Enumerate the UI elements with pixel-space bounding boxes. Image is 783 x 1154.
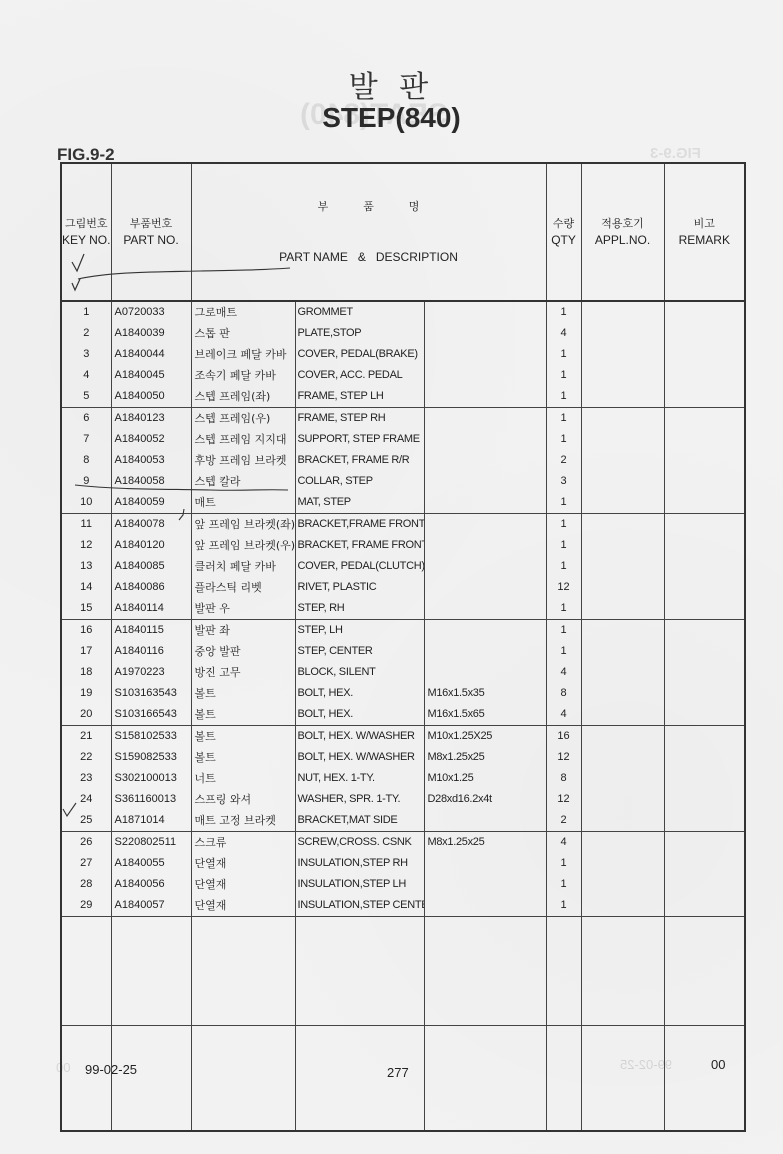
appl-no-cell	[581, 471, 664, 492]
key-no-cell: 17	[61, 641, 111, 662]
part-no-cell: S361160013	[111, 789, 191, 810]
appl-no-cell	[581, 514, 664, 536]
key-no-cell: 1	[61, 301, 111, 323]
remark-cell	[664, 620, 745, 642]
key-no-cell: 15	[61, 598, 111, 620]
part-no-cell: S302100013	[111, 768, 191, 789]
part-name-english-cell: INSULATION,STEP CENTER	[295, 895, 424, 917]
part-no-cell: S103163543	[111, 683, 191, 704]
remark-cell	[664, 641, 745, 662]
part-name-korean-cell: 브레이크 페달 카바	[191, 344, 295, 365]
remark-cell	[664, 301, 745, 323]
part-no-cell: A1840115	[111, 620, 191, 642]
header-part-name: 부 품 명 PART NAME & DESCRIPTION	[191, 163, 546, 301]
table-row: 15A1840114발판 우STEP, RH1	[61, 598, 745, 620]
part-no-cell: A1840123	[111, 408, 191, 430]
remark-cell	[664, 598, 745, 620]
table-row: 17A1840116중앙 발판STEP, CENTER1	[61, 641, 745, 662]
appl-no-cell	[581, 768, 664, 789]
qty-cell: 1	[546, 386, 581, 408]
part-name-korean-cell: 앞 프레임 브라켓(우)	[191, 535, 295, 556]
key-no-cell: 16	[61, 620, 111, 642]
footer-revision: 00	[711, 1057, 725, 1072]
part-name-korean-cell: 너트	[191, 768, 295, 789]
appl-no-cell	[581, 747, 664, 768]
key-no-cell: 21	[61, 726, 111, 748]
key-no-cell: 14	[61, 577, 111, 598]
part-name-english-cell: PLATE,STOP	[295, 323, 424, 344]
appl-no-cell	[581, 386, 664, 408]
remark-cell	[664, 344, 745, 365]
remark-cell	[664, 471, 745, 492]
appl-no-cell	[581, 450, 664, 471]
qty-cell: 2	[546, 450, 581, 471]
part-no-cell: A0720033	[111, 301, 191, 323]
key-no-cell: 4	[61, 365, 111, 386]
part-no-cell: A1840058	[111, 471, 191, 492]
bleed-through-fig: FIG.9-3	[650, 145, 701, 162]
part-name-english-cell: STEP, CENTER	[295, 641, 424, 662]
qty-cell: 8	[546, 768, 581, 789]
table-row: 18A1970223방진 고무BLOCK, SILENT4	[61, 662, 745, 683]
part-name-english-cell: FRAME, STEP RH	[295, 408, 424, 430]
spec-cell	[424, 492, 546, 514]
remark-cell	[664, 789, 745, 810]
part-name-english-cell: STEP, LH	[295, 620, 424, 642]
remark-cell	[664, 365, 745, 386]
part-name-english-cell: COVER, PEDAL(CLUTCH)	[295, 556, 424, 577]
remark-cell	[664, 577, 745, 598]
header-qty: 수량 QTY	[546, 163, 581, 301]
footer-date: 99-02-25	[85, 1062, 137, 1077]
part-no-cell: A1840120	[111, 535, 191, 556]
spec-cell	[424, 810, 546, 832]
appl-no-cell	[581, 832, 664, 854]
spec-cell	[424, 641, 546, 662]
appl-no-cell	[581, 598, 664, 620]
spec-cell	[424, 344, 546, 365]
spec-cell: M10x1.25	[424, 768, 546, 789]
appl-no-cell	[581, 408, 664, 430]
part-name-korean-cell: 방진 고무	[191, 662, 295, 683]
footer-page-number: 277	[387, 1065, 409, 1080]
key-no-cell: 2	[61, 323, 111, 344]
part-no-cell: A1840086	[111, 577, 191, 598]
spec-cell	[424, 365, 546, 386]
qty-cell: 16	[546, 726, 581, 748]
appl-no-cell	[581, 535, 664, 556]
appl-no-cell	[581, 301, 664, 323]
page-title-korean: 발 판	[0, 62, 783, 106]
part-name-korean-cell: 클러치 페달 카바	[191, 556, 295, 577]
remark-cell	[664, 514, 745, 536]
part-no-cell: A1840044	[111, 344, 191, 365]
spec-cell: M8x1.25x25	[424, 747, 546, 768]
spec-cell	[424, 471, 546, 492]
remark-cell	[664, 535, 745, 556]
qty-cell: 12	[546, 789, 581, 810]
table-row: 19S103163543볼트BOLT, HEX.M16x1.5x358	[61, 683, 745, 704]
page-title-english: STEP(840)	[0, 102, 783, 134]
empty-cell	[61, 1026, 111, 1132]
part-name-english-cell: BOLT, HEX.	[295, 683, 424, 704]
spec-cell: M16x1.5x65	[424, 704, 546, 726]
part-name-english-cell: SCREW,CROSS. CSNK	[295, 832, 424, 854]
empty-cell	[581, 1026, 664, 1132]
appl-no-cell	[581, 662, 664, 683]
appl-no-cell	[581, 641, 664, 662]
key-no-cell: 29	[61, 895, 111, 917]
spec-cell: D28xd16.2x4t	[424, 789, 546, 810]
appl-no-cell	[581, 577, 664, 598]
qty-cell: 3	[546, 471, 581, 492]
part-no-cell: S220802511	[111, 832, 191, 854]
part-no-cell: A1840078	[111, 514, 191, 536]
header-remark: 비고 REMARK	[664, 163, 745, 301]
qty-cell: 4	[546, 323, 581, 344]
part-name-english-cell: INSULATION,STEP RH	[295, 853, 424, 874]
part-name-korean-cell: 단열재	[191, 895, 295, 917]
table-row: 7A1840052스텝 프레임 지지대SUPPORT, STEP FRAME1	[61, 429, 745, 450]
part-name-korean-cell: 스텝 프레임 지지대	[191, 429, 295, 450]
table-row: 23S302100013너트NUT, HEX. 1-TY.M10x1.258	[61, 768, 745, 789]
qty-cell: 1	[546, 535, 581, 556]
table-row: 8A1840053후방 프레임 브라켓BRACKET, FRAME R/R2	[61, 450, 745, 471]
part-name-korean-cell: 매트	[191, 492, 295, 514]
part-name-korean-cell: 스톱 판	[191, 323, 295, 344]
remark-cell	[664, 726, 745, 748]
spec-cell: M16x1.5x35	[424, 683, 546, 704]
qty-cell: 1	[546, 301, 581, 323]
key-no-cell: 7	[61, 429, 111, 450]
empty-cell	[424, 1026, 546, 1132]
part-name-english-cell: MAT, STEP	[295, 492, 424, 514]
part-no-cell: A1840085	[111, 556, 191, 577]
table-row: 25A1871014매트 고정 브라켓BRACKET,MAT SIDE2	[61, 810, 745, 832]
qty-cell: 1	[546, 429, 581, 450]
spec-cell	[424, 408, 546, 430]
qty-cell: 4	[546, 704, 581, 726]
qty-cell: 1	[546, 874, 581, 895]
parts-table-body: 1A0720033그로매트GROMMET12A1840039스톱 판PLATE,…	[61, 301, 745, 1131]
appl-no-cell	[581, 620, 664, 642]
qty-cell: 4	[546, 662, 581, 683]
table-row: 28A1840056단열재INSULATION,STEP LH1	[61, 874, 745, 895]
remark-cell	[664, 874, 745, 895]
part-no-cell: A1840056	[111, 874, 191, 895]
table-row: 3A1840044브레이크 페달 카바COVER, PEDAL(BRAKE)1	[61, 344, 745, 365]
qty-cell: 1	[546, 365, 581, 386]
part-no-cell: A1840050	[111, 386, 191, 408]
remark-cell	[664, 704, 745, 726]
remark-cell	[664, 386, 745, 408]
part-name-korean-cell: 단열재	[191, 853, 295, 874]
header-part-no: 부품번호 PART NO.	[111, 163, 191, 301]
qty-cell: 1	[546, 514, 581, 536]
part-name-korean-cell: 후방 프레임 브라켓	[191, 450, 295, 471]
table-row: 14A1840086플라스틱 리벳RIVET, PLASTIC12	[61, 577, 745, 598]
table-row: 10A1840059매트MAT, STEP1	[61, 492, 745, 514]
empty-table-row	[61, 917, 745, 1026]
spec-cell	[424, 535, 546, 556]
key-no-cell: 12	[61, 535, 111, 556]
qty-cell: 1	[546, 620, 581, 642]
parts-table: 그림번호 KEY NO. 부품번호 PART NO. 부 품 명 PART NA…	[60, 162, 746, 1132]
appl-no-cell	[581, 323, 664, 344]
part-name-korean-cell: 발판 좌	[191, 620, 295, 642]
spec-cell	[424, 301, 546, 323]
table-row: 4A1840045조속기 페달 카바COVER, ACC. PEDAL1	[61, 365, 745, 386]
key-no-cell: 10	[61, 492, 111, 514]
remark-cell	[664, 450, 745, 471]
spec-cell	[424, 450, 546, 471]
empty-cell	[546, 917, 581, 1026]
part-name-korean-cell: 앞 프레임 브라켓(좌)	[191, 514, 295, 536]
part-name-english-cell: STEP, RH	[295, 598, 424, 620]
table-row: 26S220802511스크류SCREW,CROSS. CSNKM8x1.25x…	[61, 832, 745, 854]
part-name-korean-cell: 볼트	[191, 747, 295, 768]
spec-cell	[424, 895, 546, 917]
remark-cell	[664, 429, 745, 450]
part-no-cell: A1840052	[111, 429, 191, 450]
table-row: 13A1840085클러치 페달 카바COVER, PEDAL(CLUTCH)1	[61, 556, 745, 577]
empty-cell	[581, 917, 664, 1026]
part-name-english-cell: FRAME, STEP LH	[295, 386, 424, 408]
spec-cell	[424, 386, 546, 408]
part-name-english-cell: COVER, PEDAL(BRAKE)	[295, 344, 424, 365]
table-row: 22S159082533볼트BOLT, HEX. W/WASHERM8x1.25…	[61, 747, 745, 768]
table-row: 1A0720033그로매트GROMMET1	[61, 301, 745, 323]
part-no-cell: S103166543	[111, 704, 191, 726]
part-name-english-cell: BRACKET, FRAME R/R	[295, 450, 424, 471]
part-no-cell: A1840053	[111, 450, 191, 471]
empty-cell	[424, 917, 546, 1026]
table-row: 9A1840058스텝 칼라COLLAR, STEP3	[61, 471, 745, 492]
table-row: 5A1840050스텝 프레임(좌)FRAME, STEP LH1	[61, 386, 745, 408]
key-no-cell: 11	[61, 514, 111, 536]
key-no-cell: 19	[61, 683, 111, 704]
remark-cell	[664, 662, 745, 683]
part-name-korean-cell: 볼트	[191, 704, 295, 726]
qty-cell: 4	[546, 832, 581, 854]
part-no-cell: A1840059	[111, 492, 191, 514]
remark-cell	[664, 768, 745, 789]
key-no-cell: 3	[61, 344, 111, 365]
empty-cell	[61, 917, 111, 1026]
table-row: 16A1840115발판 좌STEP, LH1	[61, 620, 745, 642]
part-no-cell: A1840039	[111, 323, 191, 344]
qty-cell: 1	[546, 408, 581, 430]
part-name-english-cell: BLOCK, SILENT	[295, 662, 424, 683]
spec-cell	[424, 874, 546, 895]
remark-cell	[664, 853, 745, 874]
remark-cell	[664, 832, 745, 854]
appl-no-cell	[581, 789, 664, 810]
part-name-english-cell: BOLT, HEX. W/WASHER	[295, 747, 424, 768]
part-no-cell: A1871014	[111, 810, 191, 832]
header-appl-no: 적용호기 APPL.NO.	[581, 163, 664, 301]
part-name-english-cell: COLLAR, STEP	[295, 471, 424, 492]
part-name-korean-cell: 단열재	[191, 874, 295, 895]
table-row: 27A1840055단열재INSULATION,STEP RH1	[61, 853, 745, 874]
spec-cell	[424, 577, 546, 598]
spec-cell	[424, 556, 546, 577]
part-name-english-cell: BOLT, HEX. W/WASHER	[295, 726, 424, 748]
qty-cell: 12	[546, 747, 581, 768]
part-name-english-cell: GROMMET	[295, 301, 424, 323]
part-name-english-cell: WASHER, SPR. 1-TY.	[295, 789, 424, 810]
key-no-cell: 28	[61, 874, 111, 895]
part-name-english-cell: BRACKET, FRAME FRONT RH	[295, 535, 424, 556]
key-no-cell: 9	[61, 471, 111, 492]
remark-cell	[664, 323, 745, 344]
key-no-cell: 26	[61, 832, 111, 854]
qty-cell: 1	[546, 853, 581, 874]
part-no-cell: A1840057	[111, 895, 191, 917]
appl-no-cell	[581, 874, 664, 895]
part-name-korean-cell: 조속기 페달 카바	[191, 365, 295, 386]
empty-cell	[111, 917, 191, 1026]
empty-cell	[111, 1026, 191, 1132]
appl-no-cell	[581, 344, 664, 365]
part-no-cell: S159082533	[111, 747, 191, 768]
part-name-korean-cell: 볼트	[191, 726, 295, 748]
empty-cell	[664, 1026, 745, 1132]
part-name-korean-cell: 스프링 와셔	[191, 789, 295, 810]
remark-cell	[664, 556, 745, 577]
key-no-cell: 5	[61, 386, 111, 408]
part-name-english-cell: NUT, HEX. 1-TY.	[295, 768, 424, 789]
qty-cell: 1	[546, 641, 581, 662]
key-no-cell: 13	[61, 556, 111, 577]
table-row: 12A1840120앞 프레임 브라켓(우)BRACKET, FRAME FRO…	[61, 535, 745, 556]
remark-cell	[664, 492, 745, 514]
remark-cell	[664, 747, 745, 768]
spec-cell: M10x1.25X25	[424, 726, 546, 748]
appl-no-cell	[581, 429, 664, 450]
header-key-no: 그림번호 KEY NO.	[61, 163, 111, 301]
part-no-cell: A1840055	[111, 853, 191, 874]
key-no-cell: 25	[61, 810, 111, 832]
table-row: 20S103166543볼트BOLT, HEX.M16x1.5x654	[61, 704, 745, 726]
appl-no-cell	[581, 726, 664, 748]
part-name-english-cell: BOLT, HEX.	[295, 704, 424, 726]
part-name-korean-cell: 매트 고정 브라켓	[191, 810, 295, 832]
qty-cell: 1	[546, 895, 581, 917]
part-name-korean-cell: 스텝 프레임(좌)	[191, 386, 295, 408]
spec-cell	[424, 620, 546, 642]
table-row: 2A1840039스톱 판PLATE,STOP4	[61, 323, 745, 344]
qty-cell: 1	[546, 344, 581, 365]
part-name-english-cell: BRACKET,FRAME FRONT LH	[295, 514, 424, 536]
part-no-cell: S158102533	[111, 726, 191, 748]
table-row: 6A1840123스텝 프레임(우)FRAME, STEP RH1	[61, 408, 745, 430]
appl-no-cell	[581, 683, 664, 704]
qty-cell: 2	[546, 810, 581, 832]
spec-cell	[424, 853, 546, 874]
table-header-row: 그림번호 KEY NO. 부품번호 PART NO. 부 품 명 PART NA…	[61, 163, 745, 301]
part-name-korean-cell: 그로매트	[191, 301, 295, 323]
qty-cell: 12	[546, 577, 581, 598]
appl-no-cell	[581, 853, 664, 874]
part-no-cell: A1840045	[111, 365, 191, 386]
key-no-cell: 22	[61, 747, 111, 768]
key-no-cell: 24	[61, 789, 111, 810]
key-no-cell: 20	[61, 704, 111, 726]
table-row: 29A1840057단열재INSULATION,STEP CENTER1	[61, 895, 745, 917]
empty-cell	[664, 917, 745, 1026]
appl-no-cell	[581, 556, 664, 577]
part-no-cell: A1840114	[111, 598, 191, 620]
part-no-cell: A1970223	[111, 662, 191, 683]
part-name-english-cell: BRACKET,MAT SIDE	[295, 810, 424, 832]
table-row: 24S361160013스프링 와셔WASHER, SPR. 1-TY.D28x…	[61, 789, 745, 810]
spec-cell	[424, 514, 546, 536]
part-name-korean-cell: 발판 우	[191, 598, 295, 620]
key-no-cell: 27	[61, 853, 111, 874]
part-name-korean-cell: 스크류	[191, 832, 295, 854]
appl-no-cell	[581, 895, 664, 917]
part-name-korean-cell: 플라스틱 리벳	[191, 577, 295, 598]
part-name-english-cell: RIVET, PLASTIC	[295, 577, 424, 598]
remark-cell	[664, 810, 745, 832]
table-row: 11A1840078앞 프레임 브라켓(좌)BRACKET,FRAME FRON…	[61, 514, 745, 536]
part-name-korean-cell: 스텝 칼라	[191, 471, 295, 492]
appl-no-cell	[581, 810, 664, 832]
part-name-korean-cell: 볼트	[191, 683, 295, 704]
key-no-cell: 8	[61, 450, 111, 471]
spec-cell: M8x1.25x25	[424, 832, 546, 854]
qty-cell: 1	[546, 556, 581, 577]
key-no-cell: 23	[61, 768, 111, 789]
table-row: 21S158102533볼트BOLT, HEX. W/WASHERM10x1.2…	[61, 726, 745, 748]
empty-cell	[191, 1026, 295, 1132]
remark-cell	[664, 683, 745, 704]
empty-cell	[546, 1026, 581, 1132]
key-no-cell: 6	[61, 408, 111, 430]
spec-cell	[424, 429, 546, 450]
spec-cell	[424, 662, 546, 683]
qty-cell: 1	[546, 598, 581, 620]
appl-no-cell	[581, 492, 664, 514]
appl-no-cell	[581, 704, 664, 726]
spec-cell	[424, 598, 546, 620]
empty-cell	[295, 917, 424, 1026]
key-no-cell: 18	[61, 662, 111, 683]
qty-cell: 8	[546, 683, 581, 704]
appl-no-cell	[581, 365, 664, 386]
empty-cell	[191, 917, 295, 1026]
part-no-cell: A1840116	[111, 641, 191, 662]
part-name-english-cell: COVER, ACC. PEDAL	[295, 365, 424, 386]
part-name-korean-cell: 중앙 발판	[191, 641, 295, 662]
part-name-korean-cell: 스텝 프레임(우)	[191, 408, 295, 430]
remark-cell	[664, 895, 745, 917]
remark-cell	[664, 408, 745, 430]
part-name-english-cell: SUPPORT, STEP FRAME	[295, 429, 424, 450]
qty-cell: 1	[546, 492, 581, 514]
spec-cell	[424, 323, 546, 344]
part-name-english-cell: INSULATION,STEP LH	[295, 874, 424, 895]
